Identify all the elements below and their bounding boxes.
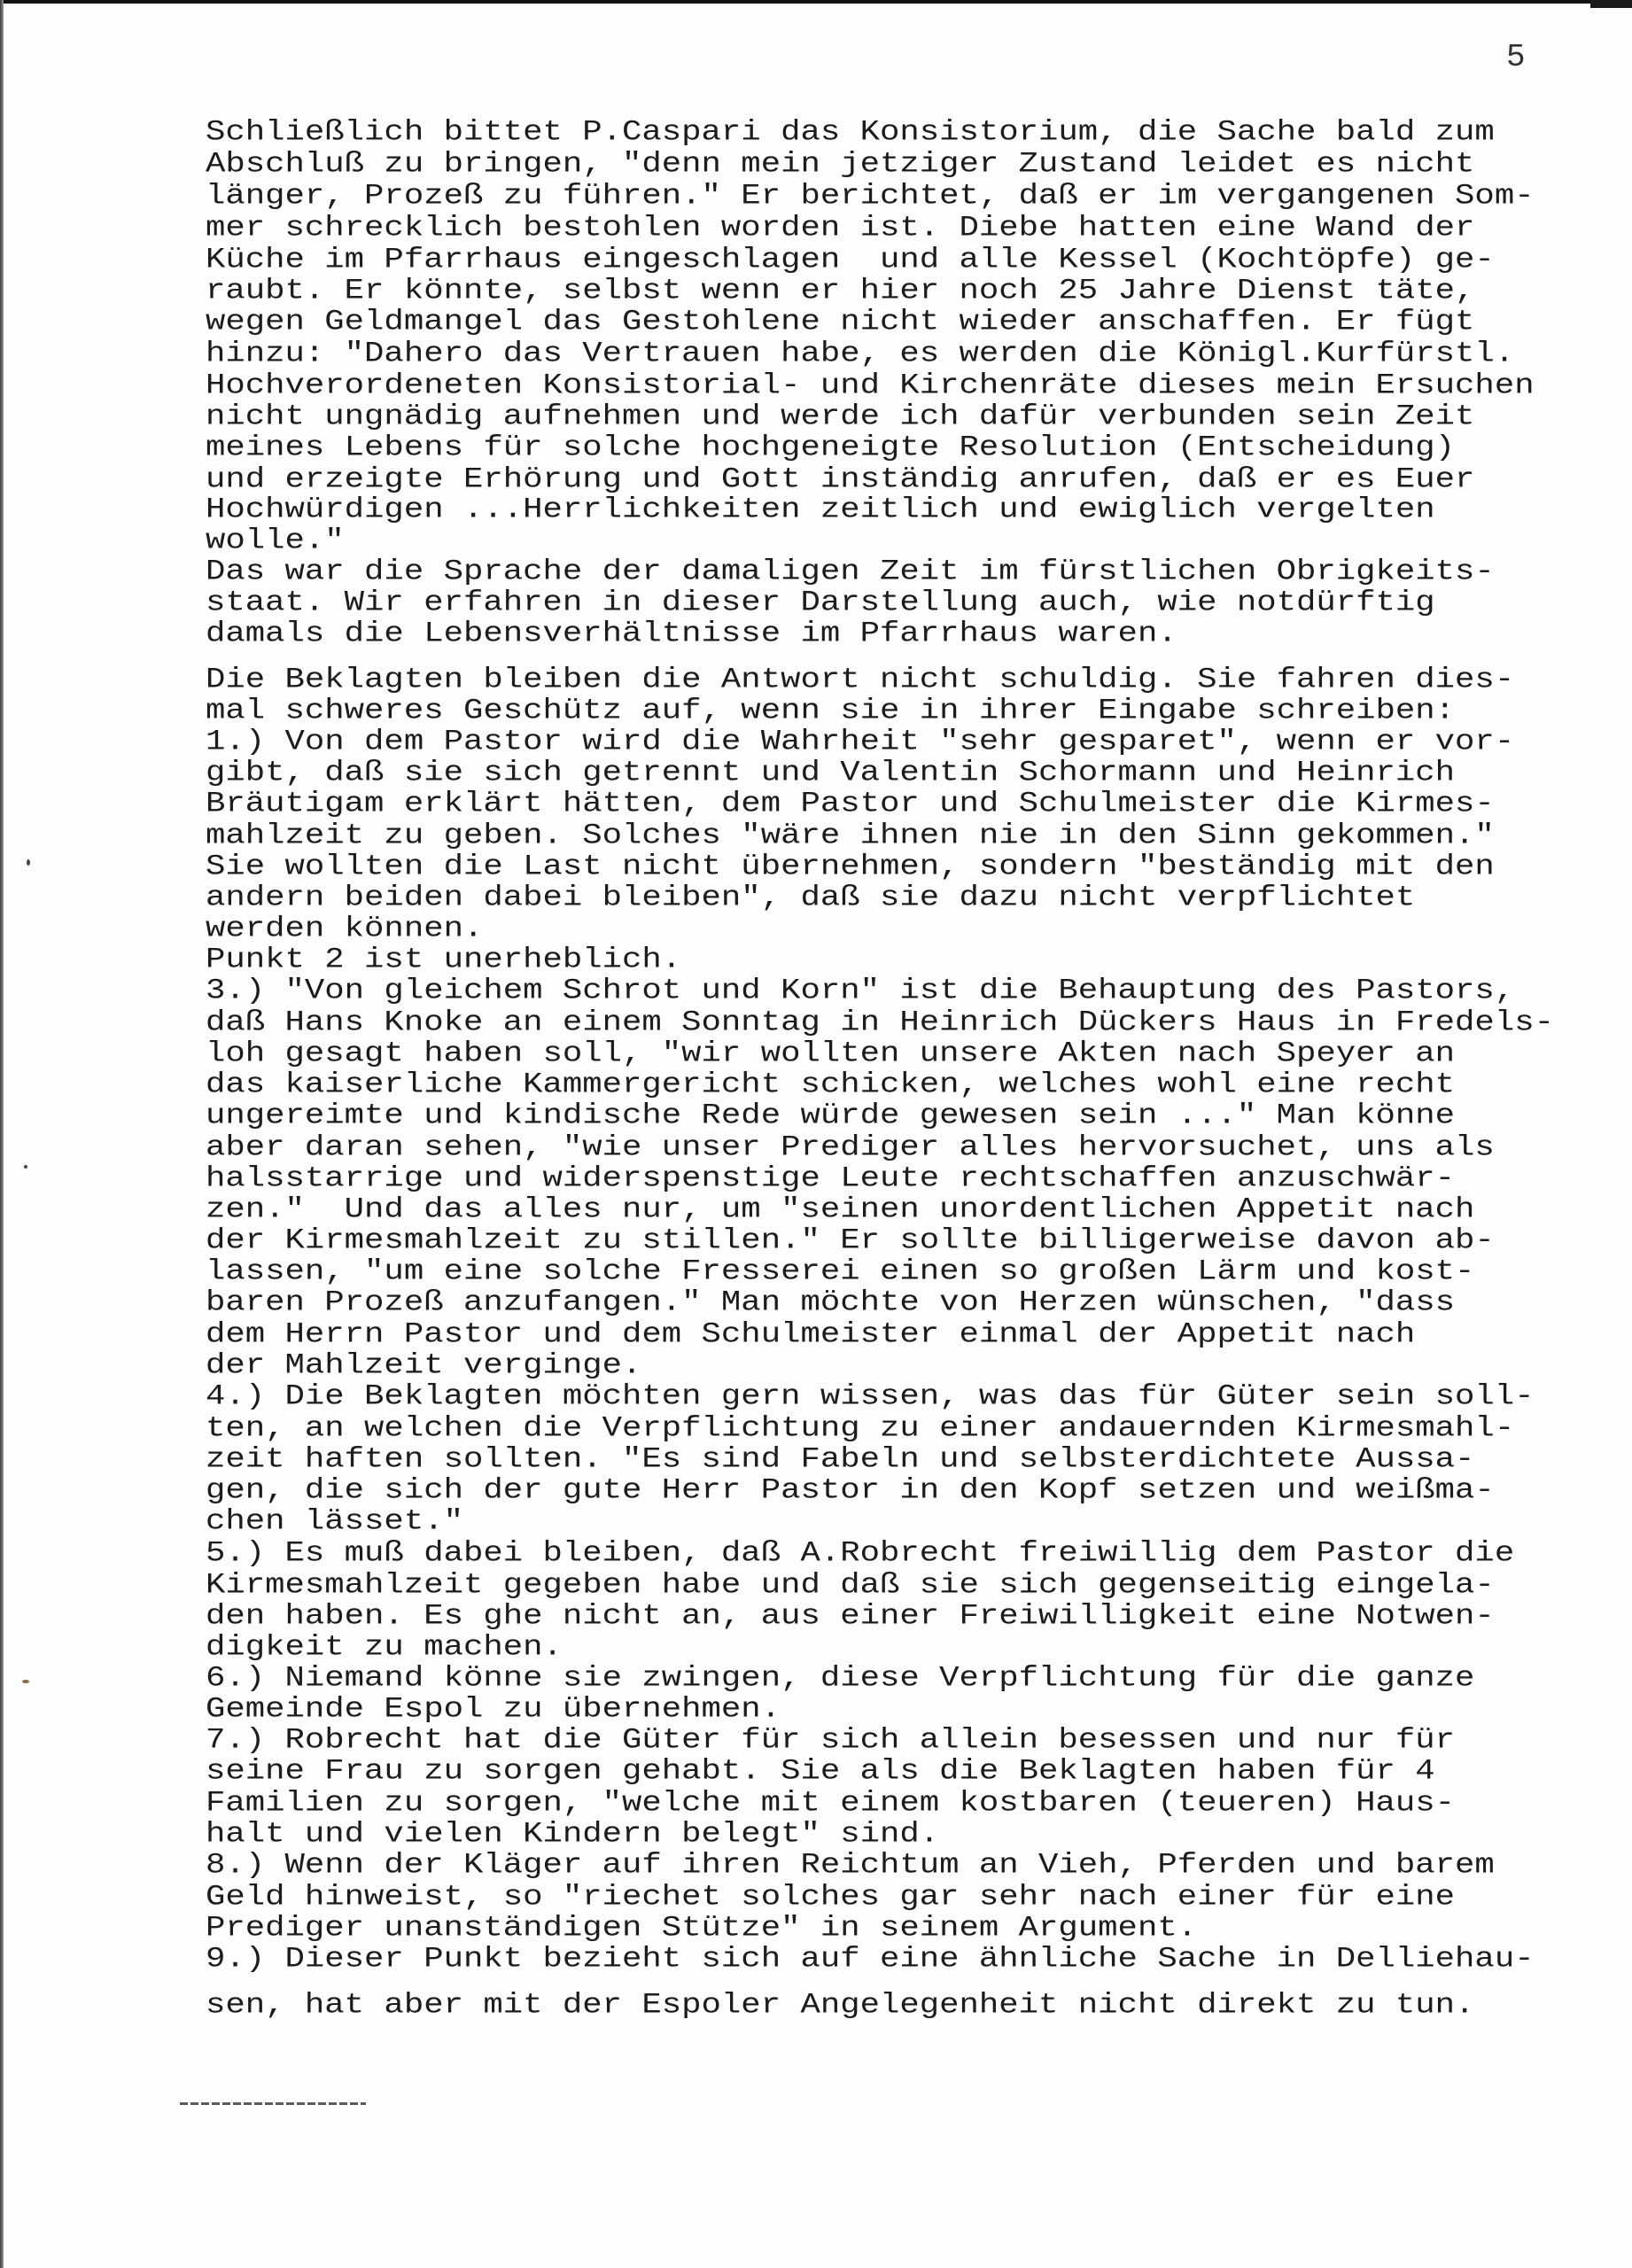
text-line: halt und vielen Kindern belegt" sind. — [206, 1821, 939, 1849]
text-line: und erzeigte Erhörung und Gott inständig… — [206, 467, 1474, 494]
text-line: chen lässet." — [206, 1509, 463, 1536]
text-line: halsstarrige und widerspenstige Leute re… — [206, 1166, 1455, 1193]
margin-mark — [24, 1165, 27, 1169]
text-line: Küche im Pfarrhaus eingeschlagen und all… — [206, 247, 1495, 275]
text-line: Abschluß zu bringen, "denn mein jetziger… — [206, 151, 1474, 179]
text-line: hinzu: "Dahero das Vertrauen habe, es we… — [206, 341, 1514, 369]
text-line: Hochwürdigen ...Herrlichkeiten zeitlich … — [206, 497, 1435, 524]
text-line: 6.) Niemand könne sie zwingen, diese Ver… — [206, 1666, 1474, 1693]
text-line: das kaiserliche Kammergericht schicken, … — [206, 1072, 1455, 1099]
text-line: damals die Lebensverhältnisse im Pfarrha… — [206, 621, 1177, 649]
text-line: dem Herrn Pastor und dem Schulmeister ei… — [206, 1322, 1415, 1349]
text-line: Das war die Sprache der damaligen Zeit i… — [206, 559, 1495, 586]
text-line: Gemeinde Espol zu übernehmen. — [206, 1697, 781, 1724]
text-line: Die Beklagten bleiben die Antwort nicht … — [206, 667, 1514, 695]
text-line: länger, Prozeß zu führen." Er berichtet,… — [206, 183, 1535, 211]
text-line: Schließlich bittet P.Caspari das Konsist… — [206, 120, 1495, 147]
scan-border-top — [0, 0, 1632, 4]
text-line: zen." Und das alles nur, um "seinen unor… — [206, 1197, 1474, 1224]
scan-border-left — [0, 0, 4, 2268]
text-line: baren Prozeß anzufangen." Man möchte von… — [206, 1290, 1455, 1317]
text-line: zeit haften sollten. "Es sind Fabeln und… — [206, 1447, 1474, 1474]
text-line: 7.) Robrecht hat die Güter für sich alle… — [206, 1728, 1455, 1755]
margin-mark — [22, 1680, 29, 1683]
text-line: gibt, daß sie sich getrennt und Valentin… — [206, 760, 1455, 788]
text-line: 5.) Es muß dabei bleiben, daß A.Robrecht… — [206, 1541, 1514, 1568]
text-line: digkeit zu machen. — [206, 1635, 563, 1662]
text-line: wolle." — [206, 528, 345, 555]
text-line: Familien zu sorgen, "welche mit einem ko… — [206, 1790, 1455, 1818]
underline-mark — [180, 2102, 366, 2105]
text-line: lassen, "um eine solche Fresserei einen … — [206, 1259, 1474, 1286]
text-line: gen, die sich der gute Herr Pastor in de… — [206, 1478, 1495, 1505]
text-line: 3.) "Von gleichem Schrot und Korn" ist d… — [206, 978, 1514, 1006]
margin-mark — [27, 859, 30, 866]
text-line: seine Frau zu sorgen gehabt. Sie als die… — [206, 1759, 1435, 1786]
text-line: aber daran sehen, "wie unser Prediger al… — [206, 1135, 1495, 1162]
text-line: Sie wollten die Last nicht übernehmen, s… — [206, 854, 1495, 882]
text-line: Bräutigam erklärt hätten, dem Pastor und… — [206, 791, 1495, 819]
text-line: wegen Geldmangel das Gestohlene nicht wi… — [206, 309, 1474, 337]
text-line: meines Lebens für solche hochgeneigte Re… — [206, 435, 1455, 462]
text-line: raubt. Er könnte, selbst wenn er hier no… — [206, 278, 1474, 306]
text-line: 1.) Von dem Pastor wird die Wahrheit "se… — [206, 729, 1514, 757]
text-line: 8.) Wenn der Kläger auf ihren Reichtum a… — [206, 1852, 1495, 1880]
text-line: der Mahlzeit verginge. — [206, 1353, 641, 1380]
text-line: ungereimte und kindische Rede würde gewe… — [206, 1103, 1455, 1130]
text-line: den haben. Es ghe nicht an, aus einer Fr… — [206, 1604, 1495, 1631]
text-line: Hochverordeneten Konsistorial- und Kirch… — [206, 373, 1535, 400]
text-line: mahlzeit zu geben. Solches "wäre ihnen n… — [206, 823, 1495, 850]
text-line: Prediger unanständigen Stütze" in seinem… — [206, 1915, 1197, 1943]
text-line: 4.) Die Beklagten möchten gern wissen, w… — [206, 1384, 1535, 1411]
text-line: 9.) Dieser Punkt bezieht sich auf eine ä… — [206, 1946, 1535, 1974]
text-line: Kirmesmahlzeit gegeben habe und daß sie … — [206, 1573, 1495, 1600]
text-line: werden können. — [206, 916, 483, 944]
text-line: mal schweres Geschütz auf, wenn sie in i… — [206, 698, 1455, 726]
text-line: nicht ungnädig aufnehmen und werde ich d… — [206, 404, 1474, 431]
text-line: der Kirmesmahlzeit zu stillen." Er sollt… — [206, 1228, 1495, 1255]
scan-border-corner — [1590, 0, 1632, 8]
text-line: mer schrecklich bestohlen worden ist. Di… — [206, 215, 1474, 243]
text-line: loh gesagt haben soll, "wir wollten unse… — [206, 1041, 1455, 1068]
text-line: Punkt 2 ist unerheblich. — [206, 947, 681, 975]
text-line: daß Hans Knoke an einem Sonntag in Heinr… — [206, 1010, 1554, 1037]
text-line: sen, hat aber mit der Espoler Angelegenh… — [206, 1992, 1474, 2020]
text-line: andern beiden dabei bleiben", daß sie da… — [206, 885, 1415, 913]
text-line: ten, an welchen die Verpflichtung zu ein… — [206, 1416, 1514, 1443]
page-number: 5 — [1506, 39, 1526, 75]
text-line: staat. Wir erfahren in dieser Darstellun… — [206, 590, 1435, 617]
text-line: Geld hinweist, so "riechet solches gar s… — [206, 1884, 1455, 1912]
